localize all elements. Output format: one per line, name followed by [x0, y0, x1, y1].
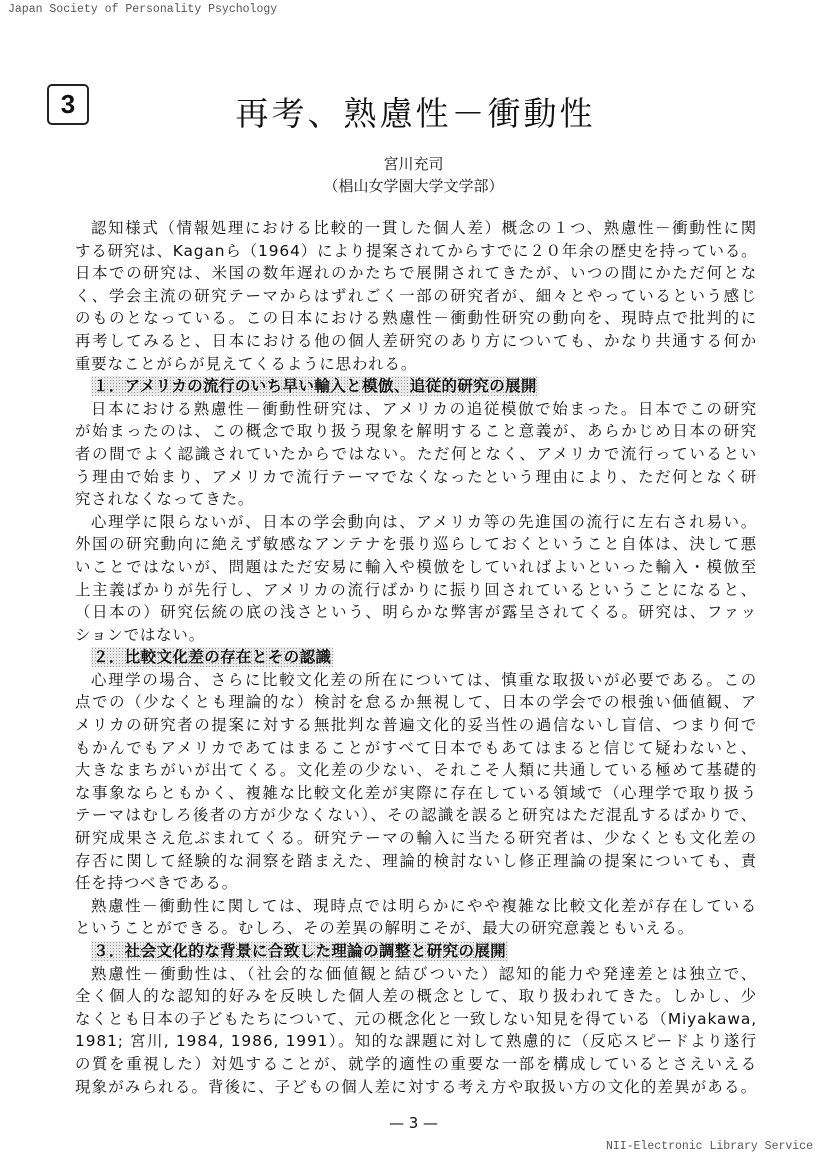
intro-paragraph: 認知様式（情報処理における比較的一貫した個人差）概念の１つ、熟慮性－衝動性に関 …: [75, 217, 757, 375]
text-line: 重要なことがらが見えてくるように思われる。: [75, 353, 757, 376]
section1-paragraph-1: 日本における熟慮性－衝動性研究は、アメリカの追従模倣で始まった。日本でこの研究 …: [75, 398, 757, 511]
article-body: 認知様式（情報処理における比較的一貫した個人差）概念の１つ、熟慮性－衝動性に関 …: [75, 217, 757, 1098]
text-line: 心理学の場合、さらに比較文化差の所在については、慎重な取扱いが必要である。この: [75, 669, 757, 692]
text-line: 究されなくなってきた。: [75, 488, 757, 511]
text-line: のものとなっている。この日本における熟慮性－衝動性研究の動向を、現時点で批判的に: [75, 307, 757, 330]
text-line: の質を重視した）対処することが、就学的適性の重要な一部を構成しているとさえいえる: [75, 1053, 757, 1076]
text-line: 認知様式（情報処理における比較的一貫した個人差）概念の１つ、熟慮性－衝動性に関: [75, 217, 757, 240]
text-line: 再考してみると、日本における他の個人差研究のあり方についても、かなり共通する何か: [75, 330, 757, 353]
text-line: 研究成果さえ危ぶまれてくる。研究テーマの輸入に当たる研究者は、少なくとも文化差の: [75, 827, 757, 850]
text-line: ということができる。むしろ、その差異の解明こそが、最大の研究意義ともいえる。: [75, 917, 757, 940]
text-line: 心理学に限らないが、日本の学会動向は、アメリカ等の先進国の流行に左右され易い。: [75, 511, 757, 534]
text-line: 熟慮性－衝動性は、（社会的な価値観と結びついた）認知的能力や発達差とは独立で、: [75, 963, 757, 986]
text-line: なくとも日本の子どもたちについて、元の概念化と一致しない知見を得ている（Miya…: [75, 1008, 757, 1031]
section3-paragraph-1: 熟慮性－衝動性は、（社会的な価値観と結びついた）認知的能力や発達差とは独立で、 …: [75, 963, 757, 1099]
text-line: 者の間でよく認識されていたからではない。ただ何となく、アメリカで流行っているとい: [75, 443, 757, 466]
text-line: ションではない。: [75, 624, 757, 647]
section2-paragraph-1: 心理学の場合、さらに比較文化差の所在については、慎重な取扱いが必要である。この …: [75, 669, 757, 895]
page-number: — 3 —: [0, 1114, 827, 1132]
text-line: 外国の研究動向に絶えず敏感なアンテナを張り巡らしておくということ自体は、決して悪: [75, 533, 757, 556]
section1-paragraph-2: 心理学に限らないが、日本の学会動向は、アメリカ等の先進国の流行に左右され易い。 …: [75, 511, 757, 647]
text-line: 任を持つべきである。: [75, 872, 757, 895]
section-heading-text: ２．比較文化差の存在とその認識: [91, 647, 333, 667]
text-line: メリカの研究者の提案に対する無批判な普遍文化的妥当性の過信ないし盲信、つまり何で: [75, 714, 757, 737]
author-name: 宮川充司: [0, 153, 827, 174]
section-heading-1: １．アメリカの流行のいち早い輸入と模倣、追従的研究の展開: [75, 375, 757, 398]
text-line: な事象ならともかく、複雑な比較文化差が実際に存在している領域で（心理学で取り扱う: [75, 782, 757, 805]
text-line: 日本での研究は、米国の数年遅れのかたちで展開されてきたが、いつの間にかただ何とな: [75, 262, 757, 285]
section-heading-text: １．アメリカの流行のいち早い輸入と模倣、追従的研究の展開: [91, 376, 539, 396]
text-line: 日本における熟慮性－衝動性研究は、アメリカの追従模倣で始まった。日本でこの研究: [75, 398, 757, 421]
author-affiliation: （椙山女学園大学文学部）: [0, 175, 827, 196]
section2-paragraph-2: 熟慮性－衝動性に関しては、現時点では明らかにやや複雑な比較文化差が存在している …: [75, 895, 757, 940]
text-line: く、学会主流の研究テーマからはずれごく一部の研究者が、細々とやっているという感じ: [75, 285, 757, 308]
text-line: いことではないが、問題はただ安易に輸入や模倣をしていればよいといった輸入・模倣至: [75, 556, 757, 579]
section-heading-3: ３．社会文化的な背景に合致した理論の調整と研究の展開: [75, 940, 757, 963]
section-heading-text: ３．社会文化的な背景に合致した理論の調整と研究の展開: [91, 941, 508, 961]
text-line: 大きなまちがいが出てくる。文化差の少ない、それこそ人類に共通している極めて基礎的: [75, 759, 757, 782]
section-heading-2: ２．比較文化差の存在とその認識: [75, 646, 757, 669]
article-title: 再考、熟慮性－衝動性: [0, 88, 827, 135]
publisher-watermark: Japan Society of Personality Psychology: [8, 3, 277, 16]
library-service-watermark: NII-Electronic Library Service: [606, 1140, 813, 1153]
text-line: 熟慮性－衝動性に関しては、現時点では明らかにやや複雑な比較文化差が存在している: [75, 895, 757, 918]
text-line: 1981; 宮川, 1984, 1986, 1991）。知的な課題に対して熟慮的…: [75, 1030, 757, 1053]
text-line: 存否に関して経験的な洞察を踏まえた、理論的検討ないし修正理論の提案についても、責: [75, 850, 757, 873]
text-line: う理由で始まり、アメリカで流行テーマでなくなったという理由により、ただ何となく研: [75, 466, 757, 489]
text-line: もかんでもアメリカであてはまることがすべて日本でもあてはまると信じて疑わないと、: [75, 737, 757, 760]
text-line: 現象がみられる。背後に、子どもの個人差に対する考え方や取扱い方の文化的差異がある…: [75, 1076, 757, 1099]
text-line: （日本の）研究伝統の底の浅さという、明らかな弊害が露呈されてくる。研究は、ファッ: [75, 601, 757, 624]
text-line: する研究は、Kaganら（1964）により提案されてからすでに２０年余の歴史を持…: [75, 240, 757, 263]
text-line: 全く個人的な認知的好みを反映した個人差の概念として、取り扱われてきた。しかし、少: [75, 985, 757, 1008]
text-line: が始まったのは、この概念で取り扱う現象を解明すること意義が、あらかじめ日本の研究: [75, 420, 757, 443]
text-line: 上主義ばかりが先行し、アメリカの流行ばかりに振り回されているということになると、: [75, 579, 757, 602]
text-line: 点での（少なくとも理論的な）検討を怠るか無視して、日本の学会での根強い価値観、ア: [75, 691, 757, 714]
text-line: テーマはむしろ後者の方が少なくない）、その認識を誤ると研究はただ混乱するばかりで…: [75, 804, 757, 827]
